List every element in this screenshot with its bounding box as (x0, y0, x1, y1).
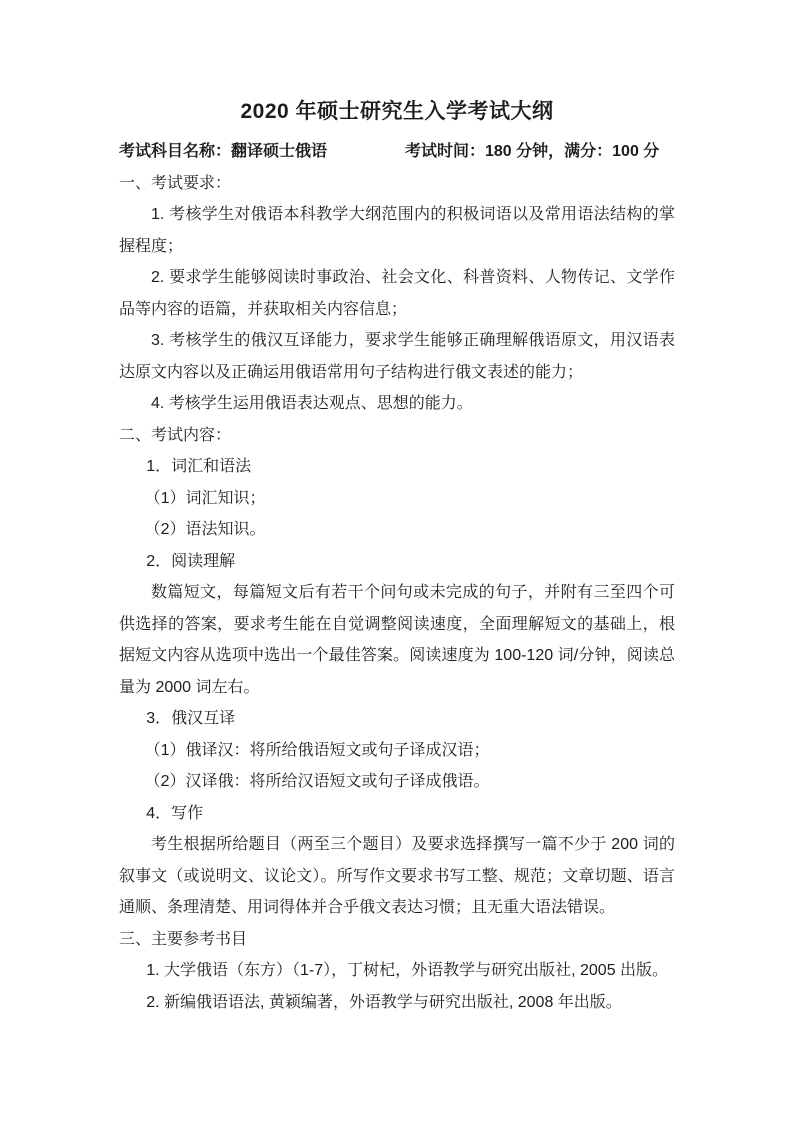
content-subitem: （1）词汇知识； (119, 483, 675, 515)
content-item-translation: 3．俄汉互译 (119, 703, 675, 735)
section-heading-requirements: 一、考试要求： (119, 168, 675, 200)
requirement-paragraph: 4. 考核学生运用俄语表达观点、思想的能力。 (119, 388, 675, 420)
requirement-paragraph: 3. 考核学生的俄汉互译能力，要求学生能够正确理解俄语原文，用汉语表达原文内容以… (119, 325, 675, 388)
section-heading-content: 二、考试内容： (119, 420, 675, 452)
requirement-paragraph: 2. 要求学生能够阅读时事政治、社会文化、科普资料、人物传记、文学作品等内容的语… (119, 262, 675, 325)
content-subitem: （1）俄译汉：将所给俄语短文或句子译成汉语； (119, 735, 675, 767)
document-title: 2020 年硕士研究生入学考试大纲 (119, 93, 675, 131)
content-item-reading: 2．阅读理解 (119, 546, 675, 578)
exam-time-score-label: 考试时间：180 分钟，满分：100 分 (405, 136, 659, 168)
exam-subject-label: 考试科目名称：翻译硕士俄语 (119, 143, 327, 160)
reference-item: 1. 大学俄语（东方）（1-7），丁树杞，外语教学与研究出版社, 2005 出版… (119, 955, 675, 987)
document-page: 2020 年硕士研究生入学考试大纲 考试科目名称：翻译硕士俄语 考试时间：180… (0, 0, 793, 1121)
exam-meta-row: 考试科目名称：翻译硕士俄语 考试时间：180 分钟，满分：100 分 (119, 136, 675, 168)
reference-item: 2. 新编俄语语法, 黄颖编著，外语教学与研究出版社, 2008 年出版。 (119, 987, 675, 1019)
content-subitem: （2）语法知识。 (119, 514, 675, 546)
writing-description-paragraph: 考生根据所给题目（两至三个题目）及要求选择撰写一篇不少于 200 词的叙事文（或… (119, 829, 675, 924)
content-item-writing: 4．写作 (119, 798, 675, 830)
content-subitem: （2）汉译俄：将所给汉语短文或句子译成俄语。 (119, 766, 675, 798)
requirement-paragraph: 1. 考核学生对俄语本科教学大纲范围内的积极词语以及常用语法结构的掌握程度； (119, 199, 675, 262)
section-heading-references: 三、主要参考书目 (119, 924, 675, 956)
content-item-vocab-grammar: 1．词汇和语法 (119, 451, 675, 483)
reading-description-paragraph: 数篇短文，每篇短文后有若干个问句或未完成的句子，并附有三至四个可供选择的答案，要… (119, 577, 675, 703)
